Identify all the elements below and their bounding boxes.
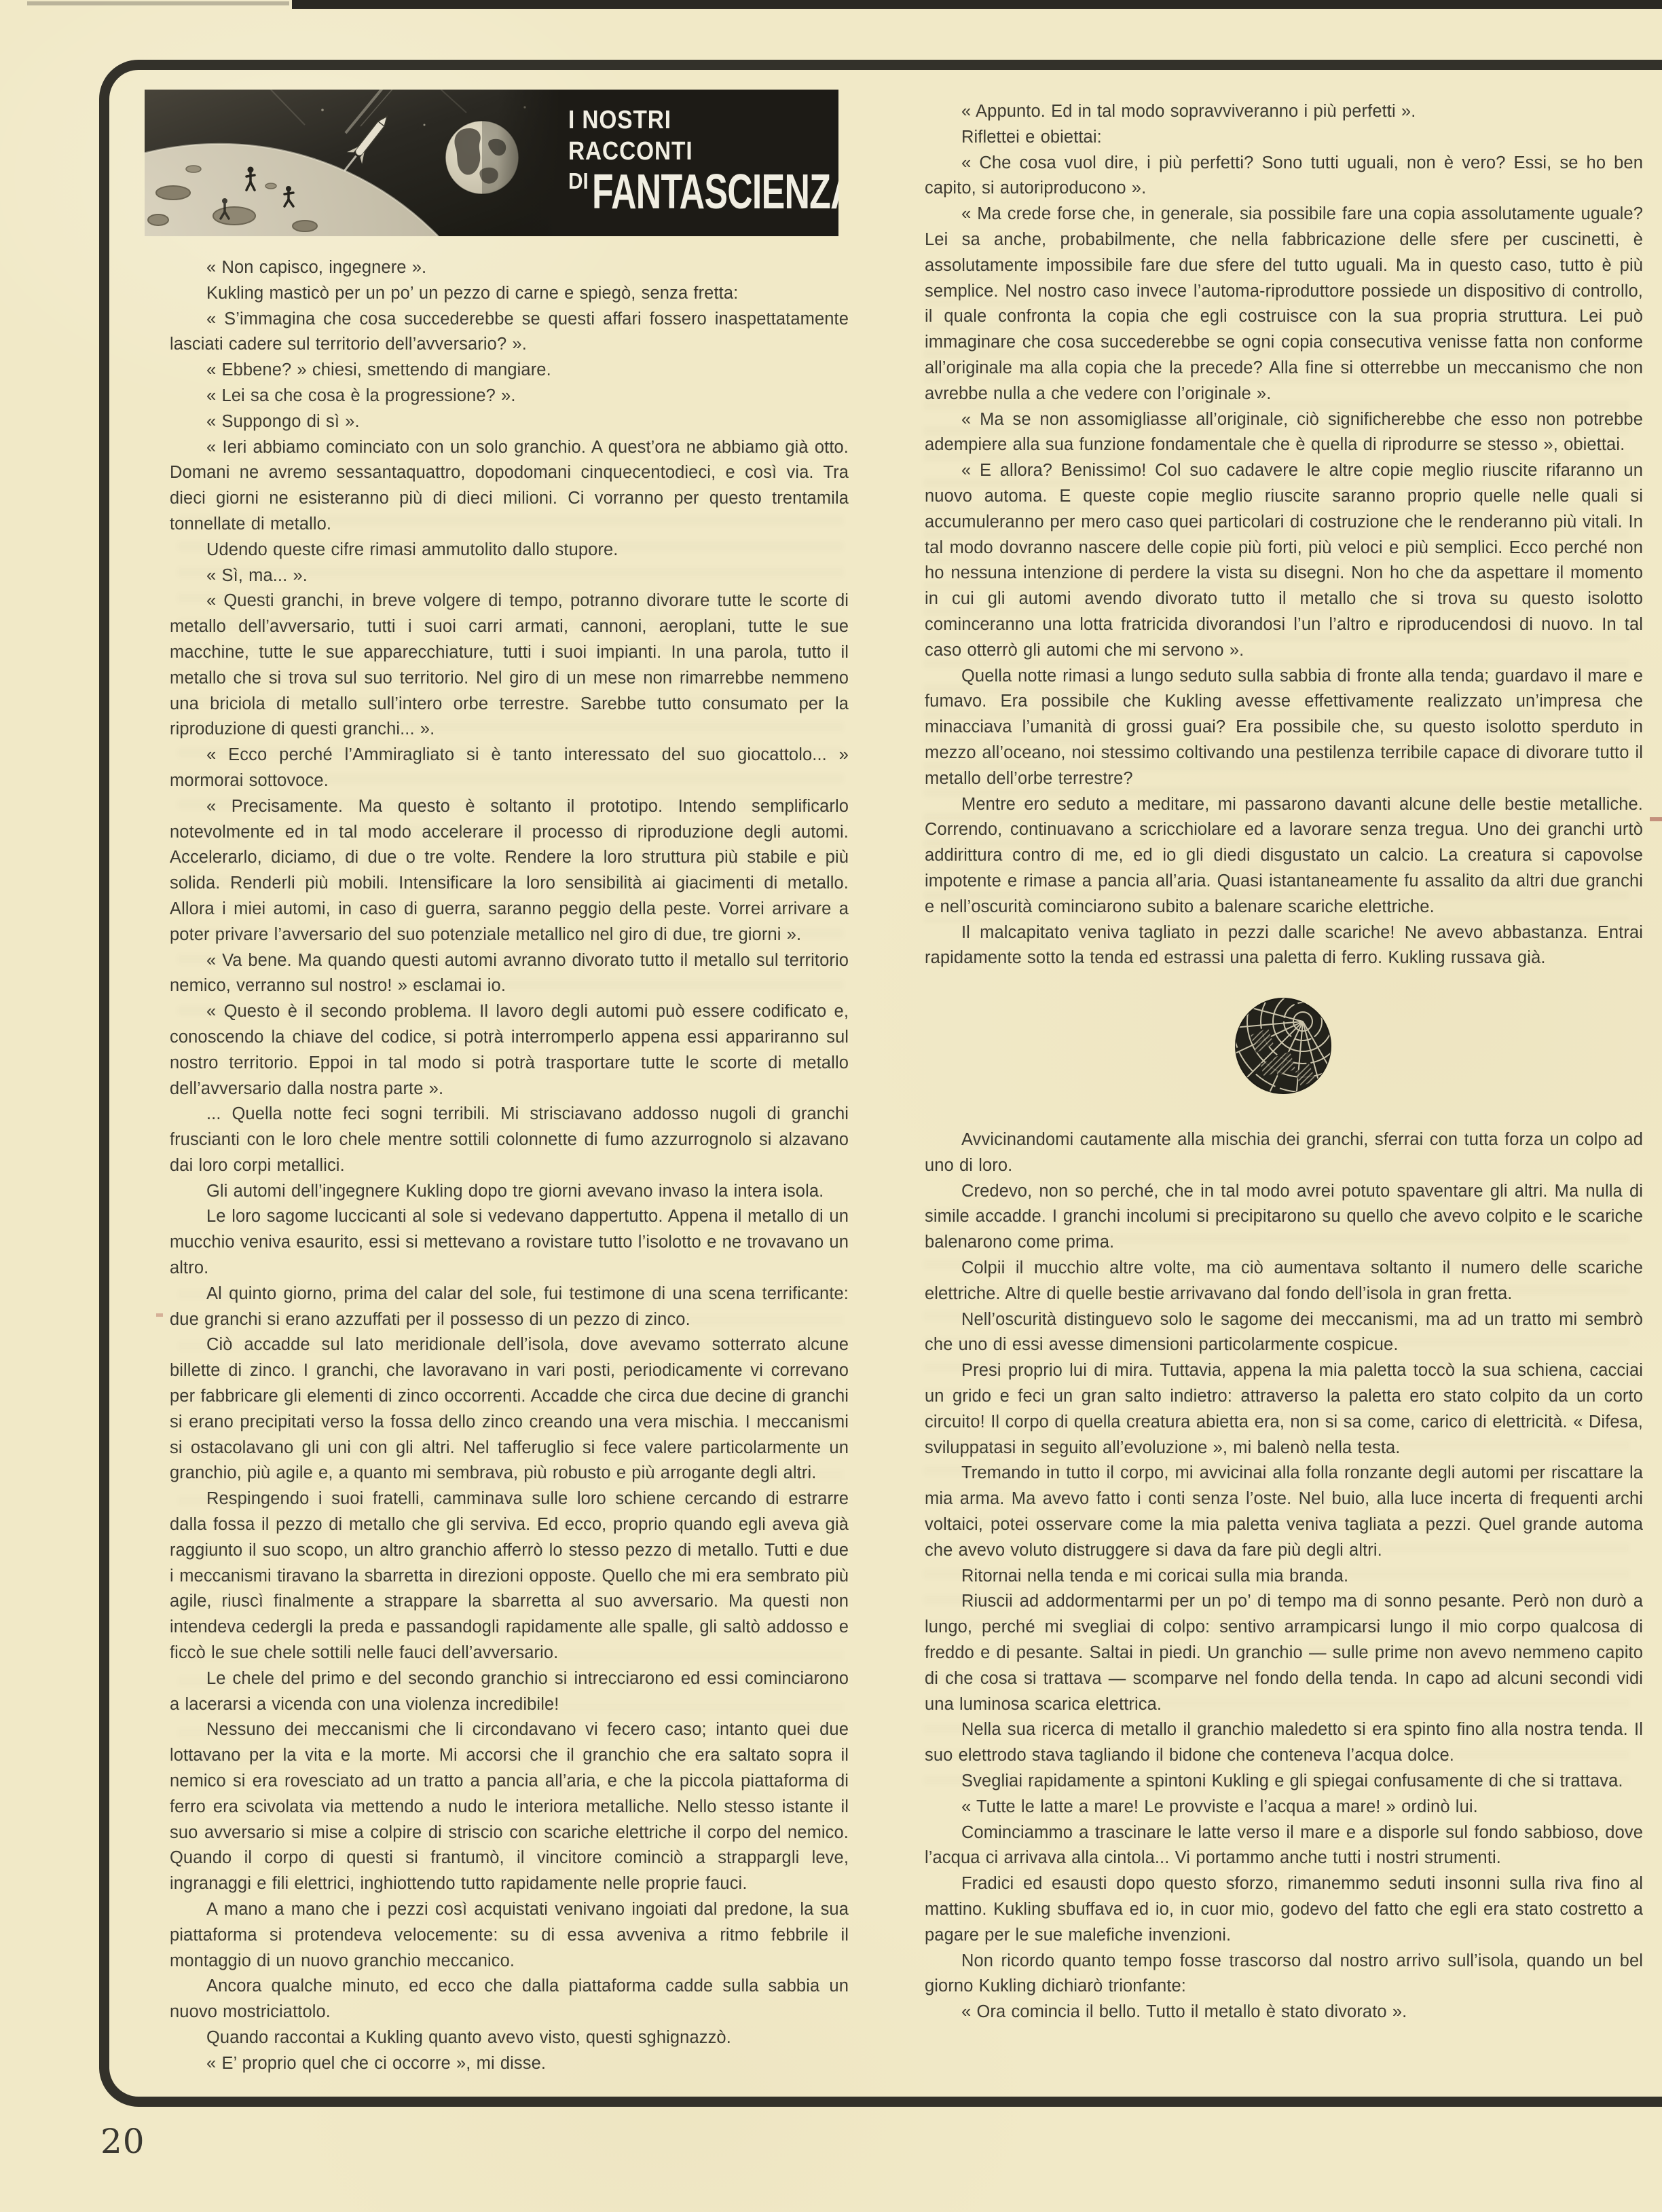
banner-title: FANTASCIENZA <box>592 170 838 214</box>
paragraph: « Appunto. Ed in tal modo sopravviverann… <box>925 99 1643 125</box>
paragraph: Al quinto giorno, prima del calar del so… <box>170 1281 849 1333</box>
paragraph: Ancora qualche minuto, ed ecco che dalla… <box>170 1974 849 2025</box>
paragraph: « Ebbene? » chiesi, smettendo di mangiar… <box>170 358 849 383</box>
paragraph: Le chele del primo e del secondo granchi… <box>170 1666 849 1718</box>
paragraph: Ciò accadde sul lato meridionale dell’is… <box>170 1332 849 1486</box>
space-photo-illustration <box>145 90 560 236</box>
paragraph: « Questo è il secondo problema. Il lavor… <box>170 999 849 1102</box>
section-banner: I NOSTRI RACCONTI DI FANTASCIENZA <box>145 90 838 236</box>
paragraph: Avvicinandomi cautamente alla mischia de… <box>925 1127 1643 1179</box>
banner-kicker-line3: DI <box>568 170 589 193</box>
banner-kicker-line1: I NOSTRI <box>568 105 838 136</box>
paragraph: Fradici ed esausti dopo questo sforzo, r… <box>925 1871 1643 1948</box>
right-column-top: « Appunto. Ed in tal modo sopravviverann… <box>925 99 1643 971</box>
paragraph: Cominciammo a trascinare le latte verso … <box>925 1820 1643 1872</box>
paragraph: « E’ proprio quel che ci occorre », mi d… <box>170 2051 849 2077</box>
paragraph: Gli automi dell’ingegnere Kukling dopo t… <box>170 1179 849 1205</box>
paragraph: Il malcapitato veniva tagliato in pezzi … <box>925 920 1643 972</box>
paragraph: « S’immagina che cosa succederebbe se qu… <box>170 307 849 358</box>
scan-edge-artifact <box>27 1 289 5</box>
right-column-bottom: Avvicinandomi cautamente alla mischia de… <box>925 1127 1643 2025</box>
paragraph: ... Quella notte feci sogni terribili. M… <box>170 1102 849 1178</box>
paragraph: Presi proprio lui di mira. Tuttavia, app… <box>925 1358 1643 1461</box>
paragraph: Mentre ero seduto a meditare, mi passaro… <box>925 792 1643 920</box>
paragraph: Riuscii ad addormentarmi per un po’ di t… <box>925 1589 1643 1717</box>
paragraph: Nell’oscurità distinguevo solo le sagome… <box>925 1307 1643 1359</box>
globe-figure <box>925 996 1643 1096</box>
paragraph: « Ma se non assomigliasse all’originale,… <box>925 407 1643 459</box>
page-number: 20 <box>100 2122 145 2161</box>
paragraph: « E allora? Benissimo! Col suo cadavere … <box>925 458 1643 663</box>
paragraph: Colpii il mucchio altre volte, ma ciò au… <box>925 1256 1643 1307</box>
paragraph: Quella notte rimasi a lungo seduto sulla… <box>925 664 1643 792</box>
paragraph: Quando raccontai a Kukling quanto avevo … <box>170 2025 849 2051</box>
banner-kicker-line2: RACCONTI <box>568 136 838 167</box>
paragraph: « Tutte le latte a mare! Le provviste e … <box>925 1795 1643 1820</box>
paragraph: Ritornai nella tenda e mi coricai sulla … <box>925 1564 1643 1590</box>
paragraph: Credevo, non so perché, che in tal modo … <box>925 1179 1643 1256</box>
banner-titles: I NOSTRI RACCONTI DI FANTASCIENZA <box>560 90 838 236</box>
paragraph: Kukling masticò per un po’ un pezzo di c… <box>170 281 849 307</box>
paragraph: « Che cosa vuol dire, i più perfetti? So… <box>925 151 1643 202</box>
paragraph: Nessuno dei meccanismi che li circondava… <box>170 1717 849 1897</box>
paragraph: « Questi granchi, in breve volgere di te… <box>170 588 849 743</box>
paragraph: Svegliai rapidamente a spintoni Kukling … <box>925 1769 1643 1795</box>
paragraph: « A che scopo? ». <box>170 2077 849 2078</box>
paragraph: Tremando in tutto il corpo, mi avvicinai… <box>925 1461 1643 1563</box>
left-column: « Non capisco, ingegnere ».Kukling masti… <box>170 255 849 2078</box>
paragraph: « Sì, ma... ». <box>170 563 849 589</box>
paragraph: « Precisamente. Ma questo è soltanto il … <box>170 794 849 948</box>
scanned-magazine-page: I NOSTRI RACCONTI DI FANTASCIENZA « Non … <box>0 0 1662 2212</box>
paragraph: Riflettei e obiettai: <box>925 125 1643 151</box>
paragraph: « Ieri abbiamo cominciato con un solo gr… <box>170 435 849 538</box>
paragraph: Le loro sagome luccicanti al sole si ved… <box>170 1204 849 1281</box>
paragraph: « Non capisco, ingegnere ». <box>170 255 849 281</box>
paragraph: Nella sua ricerca di metallo il granchio… <box>925 1717 1643 1769</box>
paragraph: A mano a mano che i pezzi così acquistat… <box>170 1897 849 1974</box>
scan-mark <box>1650 817 1662 821</box>
paragraph: « Ecco perché l’Ammiragliato si è tanto … <box>170 743 849 794</box>
paragraph: Non ricordo quanto tempo fosse trascorso… <box>925 1949 1643 2000</box>
paragraph: Respingendo i suoi fratelli, camminava s… <box>170 1486 849 1666</box>
paragraph: « Ma crede forse che, in generale, sia p… <box>925 202 1643 407</box>
globe-illustration <box>1233 996 1335 1096</box>
paragraph: « Suppongo di sì ». <box>170 409 849 435</box>
paragraph: Udendo queste cifre rimasi ammutolito da… <box>170 538 849 563</box>
paragraph: « Lei sa che cosa è la progressione? ». <box>170 383 849 409</box>
scan-edge-artifact <box>292 0 1662 9</box>
paragraph: « Ora comincia il bello. Tutto il metall… <box>925 2000 1643 2025</box>
right-column: « Appunto. Ed in tal modo sopravviverann… <box>925 99 1643 2082</box>
paragraph: « Va bene. Ma quando questi automi avran… <box>170 948 849 1000</box>
scan-mark <box>156 1313 163 1317</box>
